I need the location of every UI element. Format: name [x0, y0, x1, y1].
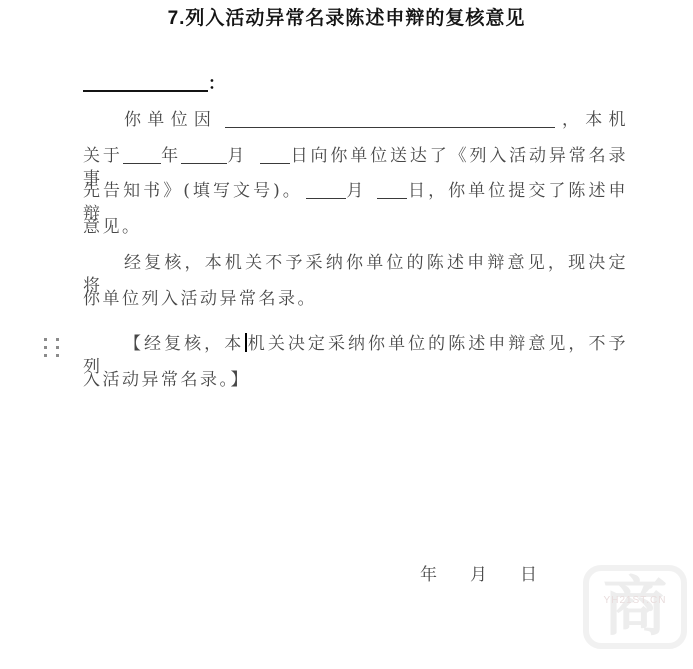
p1l4-text: 意见。: [83, 217, 142, 237]
paragraph3-line2[interactable]: 入活动异常名录。】: [83, 369, 628, 393]
p1l1-lead-text: 你单位因: [124, 110, 217, 130]
month-blank[interactable]: [181, 149, 227, 164]
p1l3-text-1: 先告知书》(填写文号)。: [83, 181, 303, 201]
p1l2-text-3: 月: [227, 146, 247, 166]
document-page: 7.列入活动异常名录陈述申辩的复核意见 ： 你单位因，本机 关于年月日向你单位送…: [0, 0, 693, 669]
drag-handle-dot: [56, 346, 59, 349]
year-blank[interactable]: [123, 149, 161, 164]
drag-handle-icon[interactable]: [44, 338, 60, 359]
reason-blank[interactable]: [225, 113, 555, 128]
paragraph1-line1[interactable]: 你单位因，本机: [83, 109, 628, 133]
drag-handle-dot: [44, 354, 47, 357]
watermark-label: YH21ST.CN: [589, 595, 681, 606]
watermark-glyph: 商: [603, 575, 667, 639]
drag-handle-dot: [44, 338, 47, 341]
paragraph1-line4[interactable]: 意见。: [83, 216, 628, 240]
p1l3-text-2: 月: [346, 181, 367, 201]
watermark-logo: 商 YH21ST.CN: [583, 565, 687, 649]
drag-handle-dot: [56, 354, 59, 357]
salutation-line[interactable]: ：: [83, 72, 628, 96]
submit-month-blank[interactable]: [306, 184, 346, 199]
paragraph2-line1[interactable]: 经复核，本机关不予采纳你单位的陈述申辩意见，现决定将: [83, 252, 628, 276]
p1l2-text-2: 年: [161, 146, 181, 166]
p3l2-text: 入活动异常名录。】: [83, 370, 250, 390]
paragraph3-line1[interactable]: 【经复核，本机关决定采纳你单位的陈述申辩意见，不予列: [83, 333, 628, 357]
date-month-label: 月: [470, 560, 487, 585]
p1l2-text-1: 关于: [83, 146, 123, 166]
submit-day-blank[interactable]: [377, 184, 407, 199]
p2l2-text: 你单位列入活动异常名录。: [83, 289, 317, 309]
paragraph2-line2[interactable]: 你单位列入活动异常名录。: [83, 288, 628, 312]
drag-handle-dot: [44, 346, 47, 349]
p1l1-tail-text: ，本机: [558, 110, 628, 130]
date-day-label: 日: [520, 560, 537, 585]
salutation-colon: ：: [208, 74, 225, 93]
paragraph1-line3[interactable]: 先告知书》(填写文号)。月日，你单位提交了陈述申辩: [83, 180, 628, 204]
drag-handle-dot: [56, 338, 59, 341]
date-year-label: 年: [420, 560, 437, 585]
document-title[interactable]: 7.列入活动异常名录陈述申辩的复核意见: [0, 3, 693, 30]
paragraph1-line2[interactable]: 关于年月日向你单位送达了《列入活动异常名录事: [83, 145, 628, 169]
recipient-name-blank[interactable]: [83, 76, 208, 92]
date-line[interactable]: 年 月 日: [420, 560, 537, 585]
day-blank[interactable]: [260, 149, 290, 164]
p3l1-text-before-caret: 【经复核，本: [124, 334, 244, 354]
